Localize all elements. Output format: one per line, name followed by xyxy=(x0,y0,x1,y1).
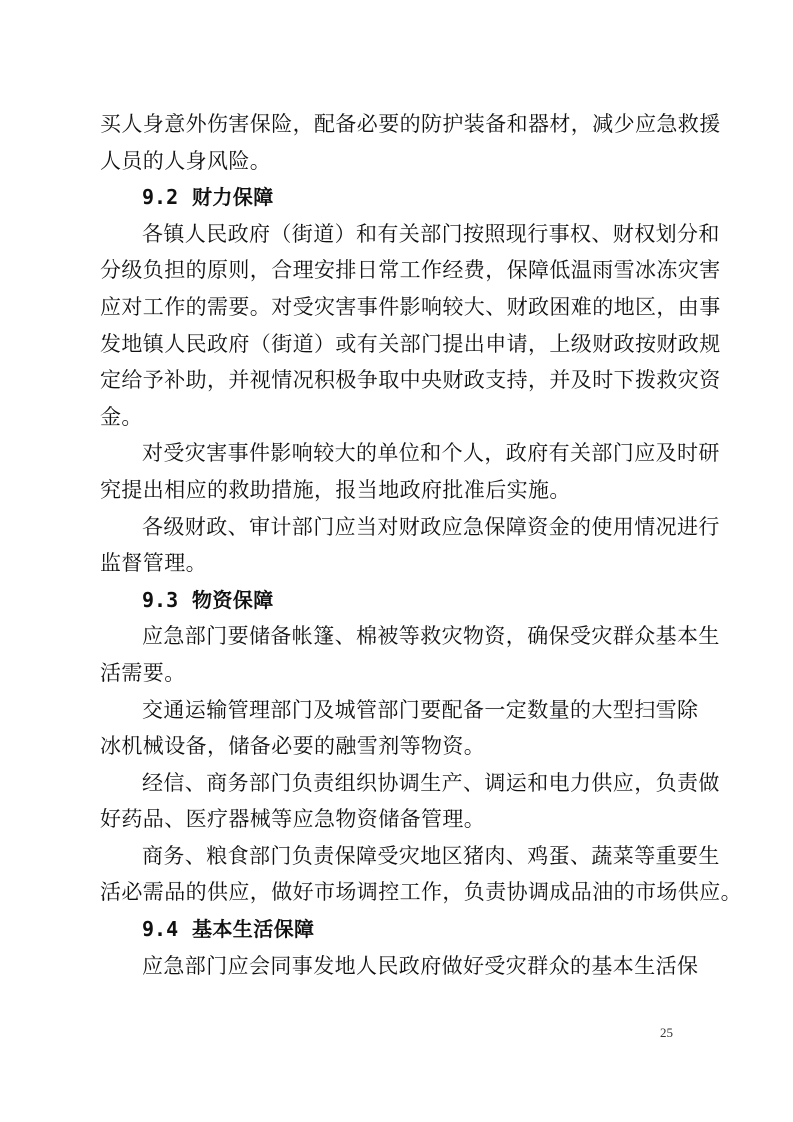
section-number: 9.2 xyxy=(142,179,192,216)
paragraph-line: 监督管理。 xyxy=(100,545,680,582)
paragraph-line: 定给予补助，并视情况积极争取中央财政支持，并及时下拨救灾资 xyxy=(100,362,680,399)
paragraph-line: 活需要。 xyxy=(100,655,680,692)
paragraph-line: 应急部门应会同事发地人民政府做好受灾群众的基本生活保 xyxy=(100,948,680,985)
paragraph-line: 发地镇人民政府（街道）或有关部门提出申请，上级财政按财政规 xyxy=(100,326,680,363)
section-number: 9.4 xyxy=(142,911,192,948)
section-number: 9.3 xyxy=(142,582,192,619)
paragraph-line: 好药品、医疗器械等应急物资储备管理。 xyxy=(100,801,680,838)
paragraph-line: 经信、商务部门负责组织协调生产、调运和电力供应，负责做 xyxy=(100,765,680,802)
section-title: 基本生活保障 xyxy=(192,917,314,941)
section-title: 财力保障 xyxy=(192,185,274,209)
paragraph-line: 金。 xyxy=(100,399,680,436)
paragraph-line: 人员的人身风险。 xyxy=(100,143,680,180)
paragraph-line: 对受灾害事件影响较大的单位和个人，政府有关部门应及时研 xyxy=(100,435,680,472)
document-page: 买人身意外伤害保险，配备必要的防护装备和器材，减少应急救援 人员的人身风险。 9… xyxy=(100,106,680,984)
paragraph-line: 应对工作的需要。对受灾害事件影响较大、财政困难的地区，由事 xyxy=(100,289,680,326)
page-number: 25 xyxy=(660,1025,673,1041)
paragraph-line: 冰机械设备，储备必要的融雪剂等物资。 xyxy=(100,728,680,765)
paragraph-line: 买人身意外伤害保险，配备必要的防护装备和器材，减少应急救援 xyxy=(100,106,680,143)
paragraph-line: 各镇人民政府（街道）和有关部门按照现行事权、财权划分和 xyxy=(100,216,680,253)
paragraph-line: 商务、粮食部门负责保障受灾地区猪肉、鸡蛋、蔬菜等重要生 xyxy=(100,838,680,875)
paragraph-line: 分级负担的原则，合理安排日常工作经费，保障低温雨雪冰冻灾害 xyxy=(100,252,680,289)
paragraph-line: 究提出相应的救助措施，报当地政府批准后实施。 xyxy=(100,472,680,509)
section-heading-9-2: 9.2财力保障 xyxy=(100,179,680,216)
paragraph-line: 活必需品的供应，做好市场调控工作，负责协调成品油的市场供应。 xyxy=(100,874,680,911)
section-heading-9-4: 9.4基本生活保障 xyxy=(100,911,680,948)
section-heading-9-3: 9.3物资保障 xyxy=(100,582,680,619)
paragraph-line: 各级财政、审计部门应当对财政应急保障资金的使用情况进行 xyxy=(100,509,680,546)
paragraph-line: 应急部门要储备帐篷、棉被等救灾物资，确保受灾群众基本生 xyxy=(100,618,680,655)
section-title: 物资保障 xyxy=(192,588,274,612)
paragraph-line: 交通运输管理部门及城管部门要配备一定数量的大型扫雪除 xyxy=(100,692,680,729)
